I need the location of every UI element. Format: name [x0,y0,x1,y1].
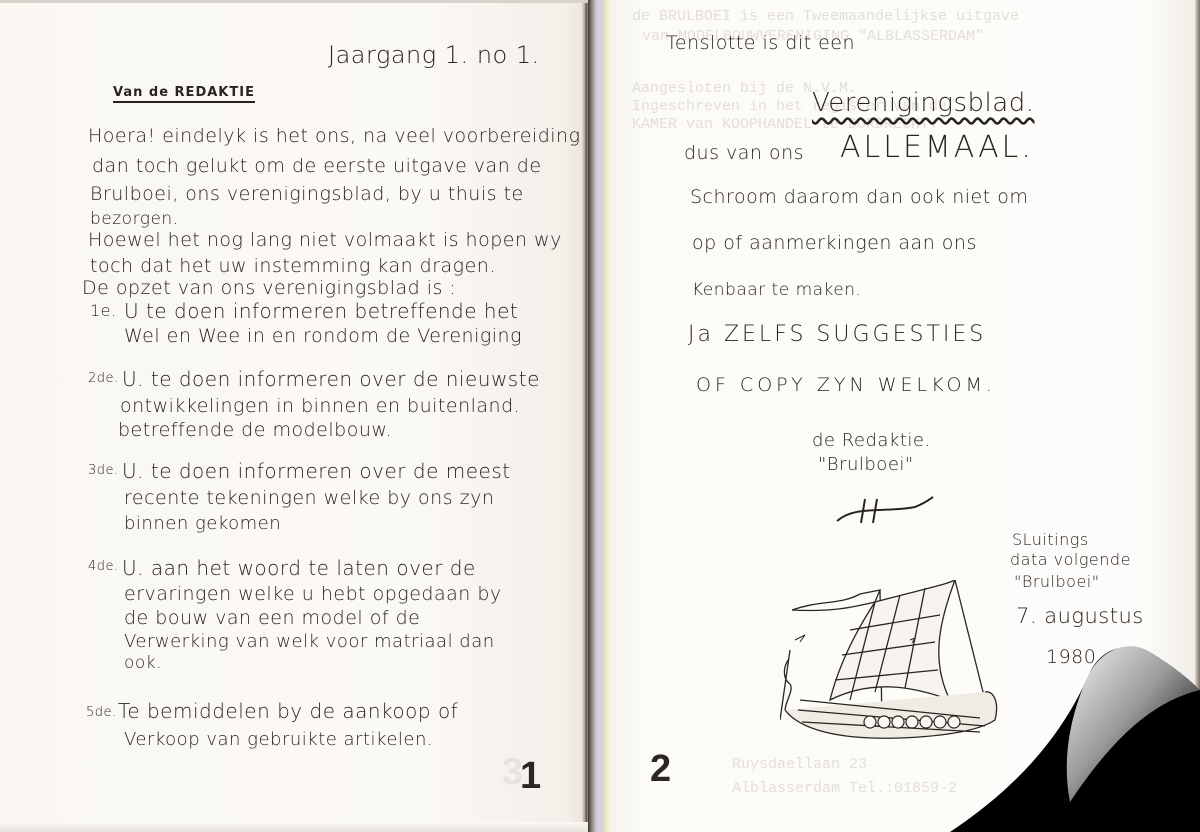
list-marker: 5de. [86,705,117,720]
page-number: 2 [650,748,671,791]
list-line: U. te doen informeren over de meest [122,459,511,483]
volume-label: Jaargang 1. no 1. [328,41,540,69]
closing-line: Schroom daarom dan ook niet om [690,186,1028,208]
intro-line: Hoewel het nog lang niet volmaakt is hop… [88,229,562,251]
deadline-date: 7. augustus [1016,604,1144,628]
closing-line: op of aanmerkingen aan ons [692,232,977,254]
page-bottom-edge [0,822,588,832]
list-line: ook. [124,653,162,673]
closing-line: Tenslotte is dit een [666,32,855,54]
closing-line: Kenbaar te maken. [692,280,861,300]
closing-line: Ja ZELFS SUGGESTIES [688,322,986,347]
deadline-note: data volgende [1010,550,1131,569]
left-page: Jaargang 1. no 1. Van de REDAKTIE Hoera!… [0,0,588,832]
page-number: 1 [520,755,541,798]
booklet-spread: Jaargang 1. no 1. Van de REDAKTIE Hoera!… [0,0,1200,832]
section-heading: Van de REDAKTIE [113,85,255,103]
list-line: Verwerking van welk voor matriaal dan [124,631,495,652]
list-marker: 4de. [88,559,119,574]
intro-line: Hoera! eindelyk is het ons, na veel voor… [88,125,581,147]
list-line: U te doen informeren betreffende het [124,299,518,323]
list-marker: 3de. [88,463,119,478]
list-line: ervaringen welke u hebt opgedaan by [124,583,502,605]
show-through-text: Ruysdaellaan 23 [732,756,867,773]
list-line: Te bemiddelen by de aankoop of [118,699,458,723]
intro-line: bezorgen. [90,209,179,229]
closing-line: OF COPY ZYN WELKOM. [696,374,996,396]
signature-line: "Brulboei" [818,454,914,475]
list-line: Verkoop van gebruikte artikelen. [124,729,433,750]
closing-title: Verenigingsblad. [812,88,1034,118]
show-through-text: Alblasserdam Tel.:01859-2 [732,780,957,797]
list-line: recente tekeningen welke by ons zyn [124,487,494,509]
deadline-note: "Brulboei" [1014,572,1100,591]
show-through-text: de BRULBOEI is een Tweemaandelijkse uitg… [632,8,1019,25]
list-line: de bouw van een model of de [124,607,420,629]
list-line: Wel en Wee in en rondom de Vereniging [124,325,522,347]
list-line: betreffende de modelbouw. [118,419,392,441]
list-line: ontwikkelingen in binnen en buitenland. [120,395,520,417]
intro-line: Brulboei, ons verenigingsblad, by u thui… [90,183,524,205]
list-marker: 1e. [90,301,117,320]
intro-line: De opzet van ons verenigingsblad is : [82,277,456,299]
list-line: U. aan het woord te laten over de [122,556,476,580]
intro-line: toch dat het uw instemming kan dragen. [90,255,496,277]
list-line: binnen gekomen [124,513,281,534]
closing-line: dus van ons [684,142,804,164]
page-curl-icon[interactable] [950,632,1200,832]
closing-emphasis: ALLEMAAL. [840,130,1034,165]
deadline-note: SLuitings [1012,530,1089,549]
intro-line: dan toch gelukt om de eerste uitgave van… [92,155,542,177]
binding-gutter [588,0,612,832]
signature-icon [835,495,935,525]
list-line: U. te doen informeren over de nieuwste [122,367,540,391]
list-marker: 2de. [88,371,119,386]
signature-line: de Redaktie. [812,430,931,451]
